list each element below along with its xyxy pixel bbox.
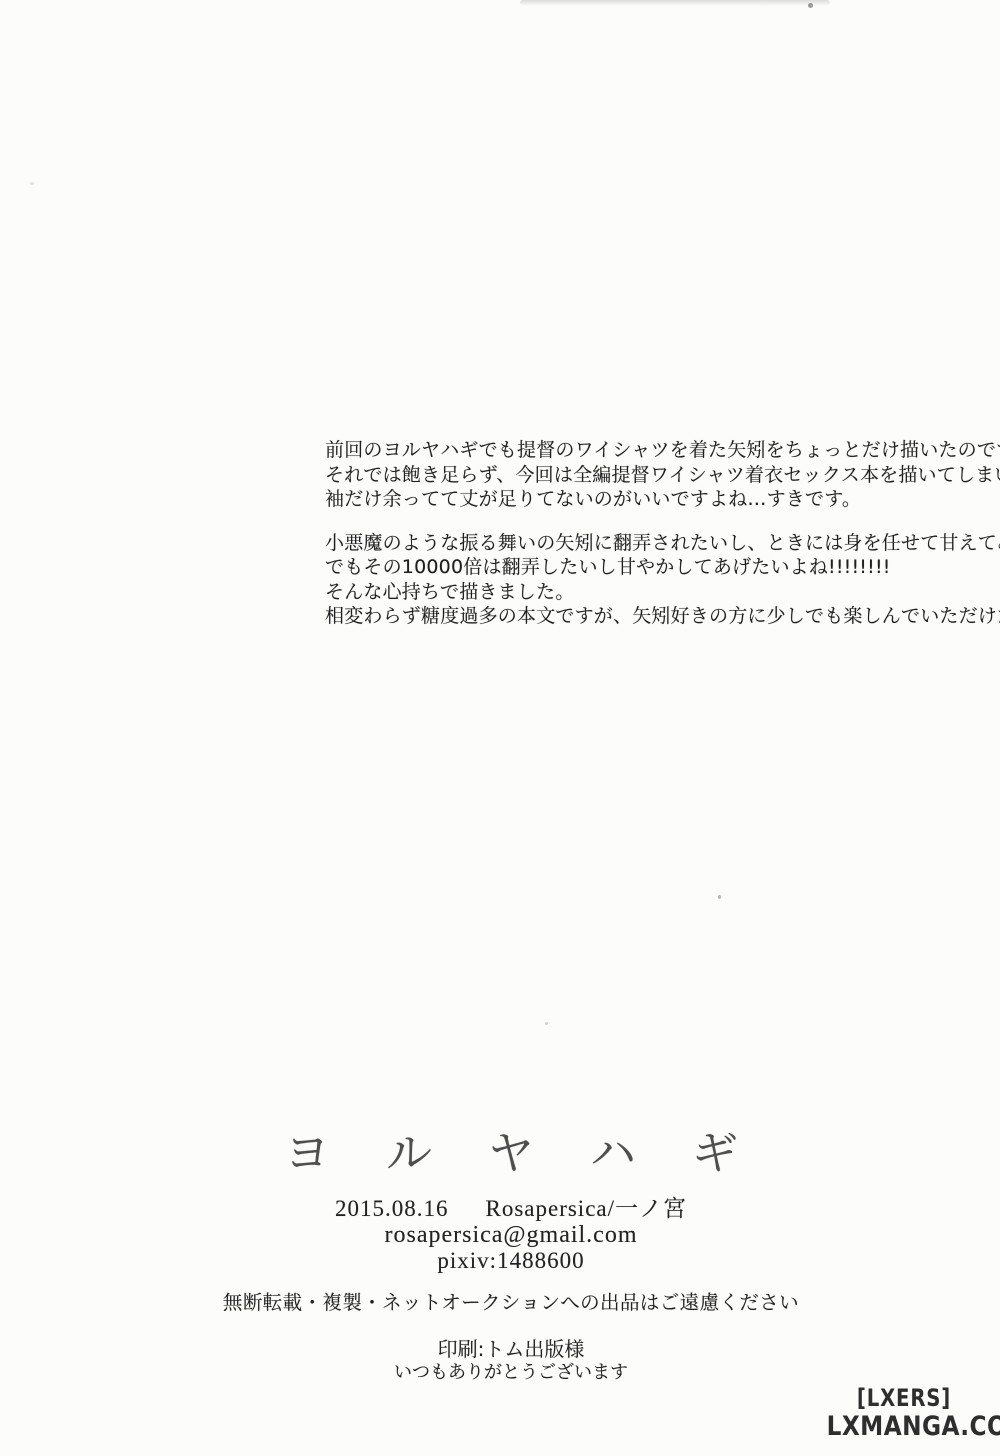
afterword-paragraph-2: 小悪魔のような振る舞いの矢矧に翻弄されたいし、ときには身を任せて甘えてみたいけど… [325, 531, 985, 629]
scan-speck [30, 182, 34, 185]
scan-speck [545, 1022, 548, 1025]
afterword-line: 小悪魔のような振る舞いの矢矧に翻弄されたいし、ときには身を任せて甘えてみたいけど… [325, 531, 985, 556]
watermark-domain: LXMANGA.COM [827, 1411, 982, 1442]
no-reproduction-notice: 無断転載・複製・ネットオークションへの出品はご遠慮ください [11, 1291, 1000, 1315]
printer-credit: 印刷:トム出版様 [11, 1338, 1000, 1361]
credits-block: 2015.08.16Rosapersica/一ノ宮 rosapersica@gm… [11, 1196, 1000, 1274]
afterword-line: でもその10000倍は翻弄したいし甘やかしてあげたいよね!!!!!!!! [325, 555, 985, 580]
afterword-line: 袖だけ余ってて丈が足りてないのがいいですよね…すきです。 [325, 487, 985, 512]
pixiv-id: pixiv:1488600 [11, 1248, 1000, 1274]
printer-thanks: いつもありがとうございます [11, 1362, 1000, 1384]
afterword-paragraph-1: 前回のヨルヤハギでも提督のワイシャツを着た矢矧をちょっとだけ描いたのですが それ… [325, 438, 985, 512]
site-watermark: [LXERS] LXMANGA.COM [814, 1385, 994, 1442]
watermark-tag: [LXERS] [830, 1385, 978, 1411]
doujin-title: ヨルヤハギ [39, 1122, 1000, 1184]
scan-smudge [520, 0, 830, 6]
circle-author-name: Rosapersica/一ノ宮 [485, 1196, 687, 1221]
release-date: 2015.08.16 [335, 1196, 449, 1221]
scan-speck [718, 895, 721, 899]
scan-speck [808, 3, 813, 8]
afterword-line: そんな心持ちで描きました。 [325, 580, 985, 605]
afterword-line: 相変わらず糖度過多の本文ですが、矢矧好きの方に少しでも楽しんでいただけたら幸いで… [325, 604, 985, 629]
date-and-circle-row: 2015.08.16Rosapersica/一ノ宮 [11, 1196, 1000, 1222]
afterword-line: それでは飽き足らず、今回は全編提督ワイシャツ着衣セックス本を描いてしまいました… [325, 463, 985, 488]
contact-email: rosapersica@gmail.com [11, 1222, 1000, 1248]
afterword-text-block: 前回のヨルヤハギでも提督のワイシャツを着た矢矧をちょっとだけ描いたのですが それ… [325, 438, 985, 629]
afterword-line: 前回のヨルヤハギでも提督のワイシャツを着た矢矧をちょっとだけ描いたのですが [325, 438, 985, 463]
scanned-doujinshi-page: 前回のヨルヤハギでも提督のワイシャツを着た矢矧をちょっとだけ描いたのですが それ… [0, 0, 1000, 1456]
colophon-block: ヨルヤハギ 2015.08.16Rosapersica/一ノ宮 rosapers… [11, 1122, 1000, 1384]
